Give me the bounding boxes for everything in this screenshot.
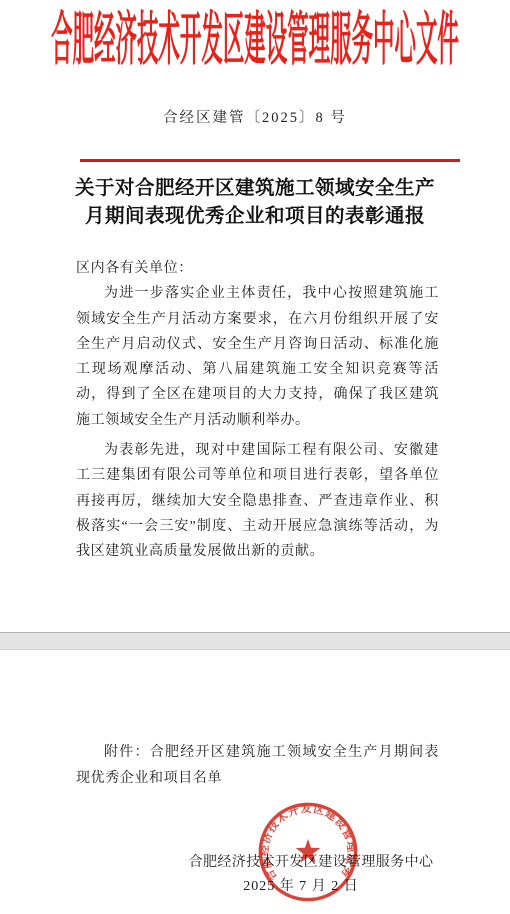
document-title-line1: 关于对合肥经开区建筑施工领域安全生产 bbox=[0, 175, 510, 203]
salutation: 区内各有关单位： bbox=[76, 256, 439, 281]
document-body: 区内各有关单位： 为进一步落实企业主体责任，我中心按照建筑施工领域安全生产月活动… bbox=[76, 256, 439, 565]
document-page: 合肥经济技术开发区建设管理服务中心文件 合经区建管〔2025〕8 号 关于对合肥… bbox=[0, 0, 510, 914]
letterhead-org-title: 合肥经济技术开发区建设管理服务中心文件 bbox=[51, 4, 459, 76]
body-paragraph-2: 为表彰先进，现对中建国际工程有限公司、安徽建工三建集团有限公司等单位和项目进行表… bbox=[76, 438, 439, 564]
red-divider-rule bbox=[80, 159, 460, 162]
official-seal-icon: 合肥经济技术开发区建设管理服务中心 bbox=[256, 800, 360, 904]
seal-star-icon bbox=[296, 839, 321, 862]
body-paragraph-1: 为进一步落实企业主体责任，我中心按照建筑施工领域安全生产月活动方案要求，在六月份… bbox=[76, 281, 439, 433]
letterhead: 合肥经济技术开发区建设管理服务中心文件 bbox=[0, 4, 510, 76]
document-title: 关于对合肥经开区建筑施工领域安全生产 月期间表现优秀企业和项目的表彰通报 bbox=[0, 175, 510, 231]
document-title-line2: 月期间表现优秀企业和项目的表彰通报 bbox=[0, 203, 510, 231]
attachment-note: 附件：合肥经开区建筑施工领域安全生产月期间表现优秀企业和项目名单 bbox=[76, 740, 439, 792]
document-number: 合经区建管〔2025〕8 号 bbox=[0, 106, 510, 127]
page-break-separator bbox=[0, 632, 510, 650]
